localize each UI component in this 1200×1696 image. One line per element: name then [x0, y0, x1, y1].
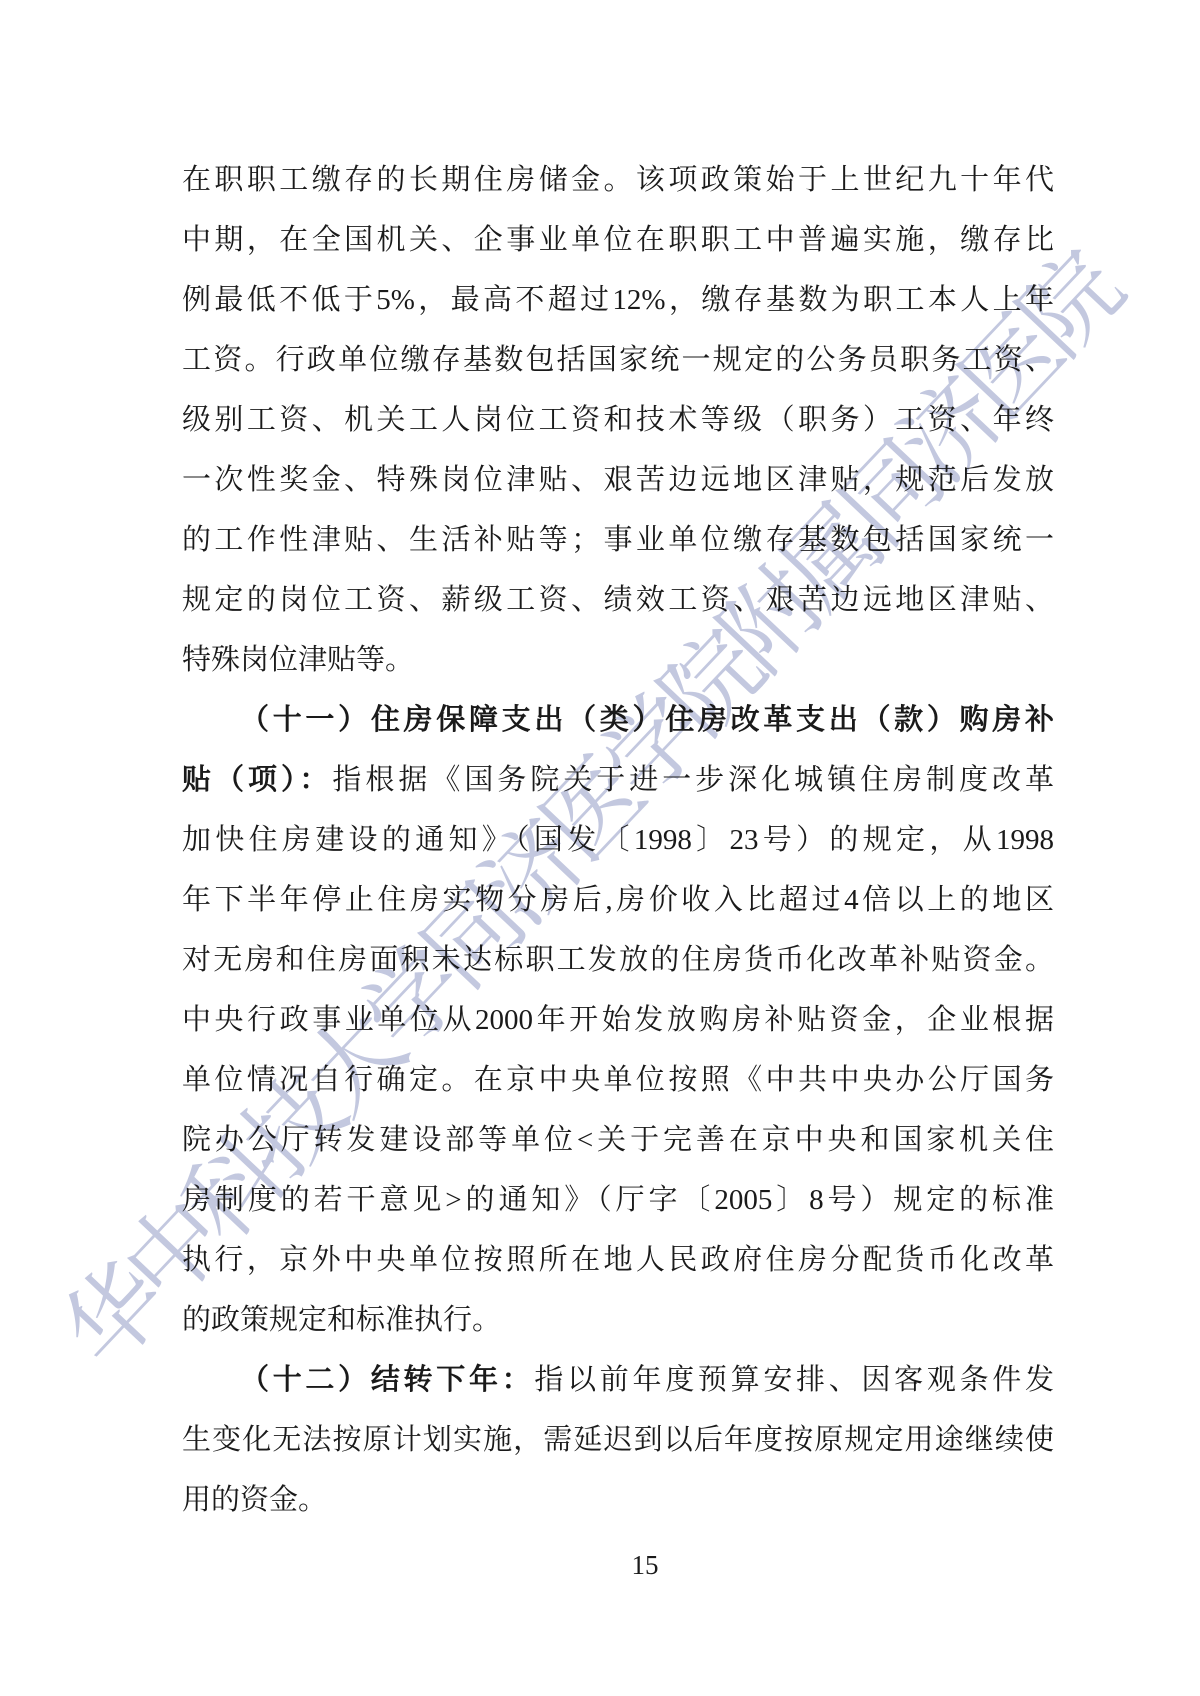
- section-11-heading-line: （十一）住房保障支出（类）住房改革支出（款）购房补: [182, 690, 1054, 750]
- text-line: 年下半年停止住房实物分房后,房价收入比超过4倍以上的地区: [182, 870, 1054, 930]
- paragraph-housing-fund: 在职职工缴存的长期住房储金。该项政策始于上世纪九十年代 中期，在全国机关、企事业…: [182, 150, 1054, 690]
- document-body: 在职职工缴存的长期住房储金。该项政策始于上世纪九十年代 中期，在全国机关、企事业…: [182, 150, 1054, 1530]
- paragraph-section-11: （十一）住房保障支出（类）住房改革支出（款）购房补 贴（项）：指根据《国务院关于…: [182, 690, 1054, 1350]
- section-12-heading: （十二）结转下年：: [240, 1364, 534, 1396]
- text-line: 生变化无法按原计划实施，需延迟到以后年度按原规定用途继续使: [182, 1410, 1054, 1470]
- text-line: 的工作性津贴、生活补贴等；事业单位缴存基数包括国家统一: [182, 510, 1054, 570]
- section-11-heading-tail: 贴（项）：: [182, 764, 332, 796]
- text-line: 中央行政事业单位从2000年开始发放购房补贴资金，企业根据: [182, 990, 1054, 1050]
- text-line: 一次性奖金、特殊岗位津贴、艰苦边远地区津贴，规范后发放: [182, 450, 1054, 510]
- paragraph-section-12: （十二）结转下年：指以前年度预算安排、因客观条件发 生变化无法按原计划实施，需延…: [182, 1350, 1054, 1530]
- text-run: 指以前年度预算安排、因客观条件发: [534, 1364, 1054, 1396]
- text-line: 在职职工缴存的长期住房储金。该项政策始于上世纪九十年代: [182, 150, 1054, 210]
- page-number: 15: [632, 1550, 659, 1581]
- text-line: 用的资金。: [182, 1470, 1054, 1530]
- text-line: 贴（项）：指根据《国务院关于进一步深化城镇住房制度改革: [182, 750, 1054, 810]
- text-run: 指根据《国务院关于进一步深化城镇住房制度改革: [332, 764, 1054, 796]
- document-page: 华中科技大学同济医学院附属同济医院 在职职工缴存的长期住房储金。该项政策始于上世…: [0, 0, 1200, 1696]
- text-line: 工资。行政单位缴存基数包括国家统一规定的公务员职务工资、: [182, 330, 1054, 390]
- text-line: 单位情况自行确定。在京中央单位按照《中共中央办公厅国务: [182, 1050, 1054, 1110]
- text-line: 院办公厅转发建设部等单位<关于完善在京中央和国家机关住: [182, 1110, 1054, 1170]
- text-line: 加快住房建设的通知》（国发〔1998〕23号）的规定，从1998: [182, 810, 1054, 870]
- text-line: 对无房和住房面积未达标职工发放的住房货币化改革补贴资金。: [182, 930, 1054, 990]
- text-line: 中期，在全国机关、企事业单位在职职工中普遍实施，缴存比: [182, 210, 1054, 270]
- text-line: 特殊岗位津贴等。: [182, 630, 1054, 690]
- text-line: 执行，京外中央单位按照所在地人民政府住房分配货币化改革: [182, 1230, 1054, 1290]
- text-line: 例最低不低于5%，最高不超过12%，缴存基数为职工本人上年: [182, 270, 1054, 330]
- text-line: 的政策规定和标准执行。: [182, 1290, 1054, 1350]
- text-line: 规定的岗位工资、薪级工资、绩效工资、艰苦边远地区津贴、: [182, 570, 1054, 630]
- text-line: 级别工资、机关工人岗位工资和技术等级（职务）工资、年终: [182, 390, 1054, 450]
- section-12-heading-line: （十二）结转下年：指以前年度预算安排、因客观条件发: [182, 1350, 1054, 1410]
- text-line: 房制度的若干意见>的通知》（厅字〔2005〕8号）规定的标准: [182, 1170, 1054, 1230]
